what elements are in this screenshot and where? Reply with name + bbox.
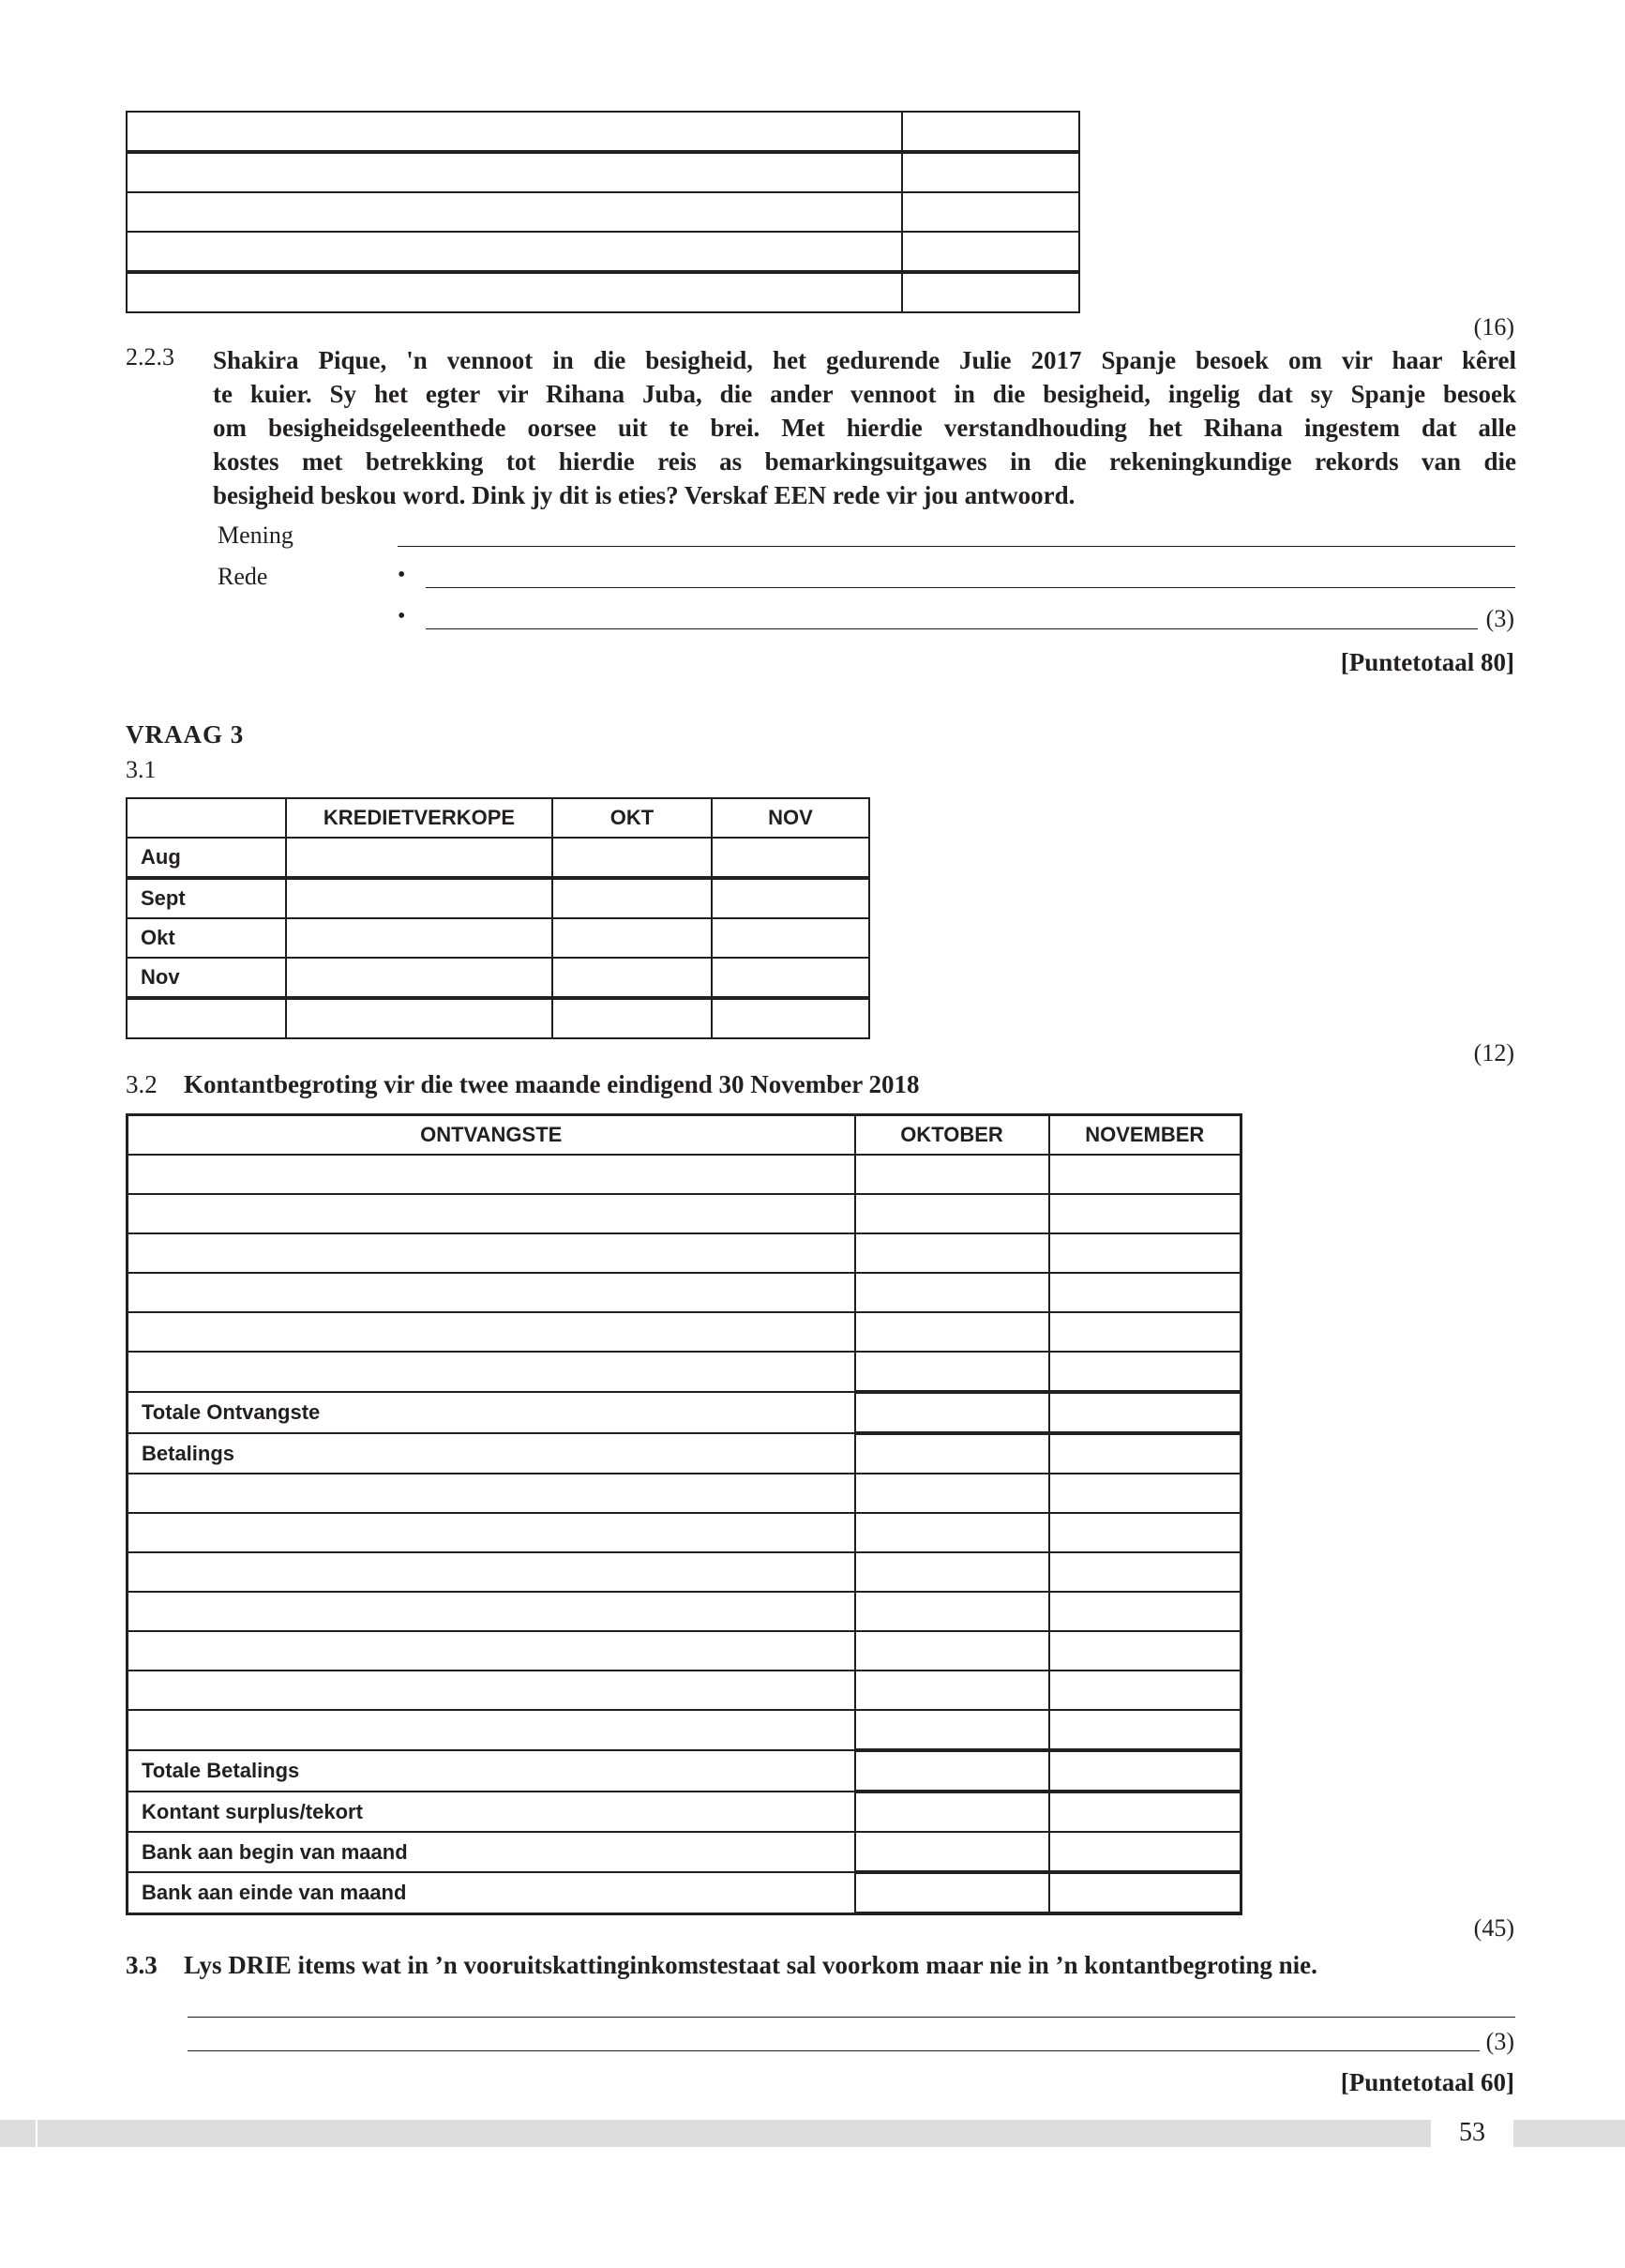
table-row: [128, 1312, 1241, 1352]
answer-cell[interactable]: [552, 918, 712, 958]
footer-bar-right: [1513, 2120, 1625, 2147]
reason-label: Rede: [218, 563, 267, 591]
answer-cell[interactable]: [128, 1474, 855, 1513]
reason-answer-line-1[interactable]: [426, 587, 1515, 588]
amount-cell[interactable]: [1049, 1513, 1241, 1552]
answer-cell[interactable]: [127, 272, 902, 312]
amount-cell[interactable]: [855, 1872, 1049, 1913]
column-header: NOV: [712, 798, 869, 838]
marks-3-1: (12): [1474, 1039, 1514, 1067]
amount-cell[interactable]: [1049, 1155, 1241, 1194]
footer-bar: [38, 2120, 1431, 2147]
table-row: Totale Betalings: [128, 1750, 1241, 1792]
opinion-answer-line[interactable]: [398, 546, 1515, 547]
amount-cell[interactable]: [1049, 1710, 1241, 1750]
question-3-3-text: Lys DRIE items wat in ’n vooruitskatting…: [184, 1951, 1317, 1979]
section-total-60: [Puntetotaal 60]: [1341, 2068, 1514, 2097]
question-3-heading: VRAAG 3: [126, 720, 244, 749]
question-line: te kuier. Sy het egter vir Rihana Juba, …: [213, 377, 1516, 411]
question-line: kostes met betrekking tot hierdie reis a…: [213, 445, 1516, 478]
amount-cell[interactable]: [1049, 1194, 1241, 1233]
answer-cell[interactable]: [128, 1273, 855, 1312]
amount-cell[interactable]: [855, 1592, 1049, 1631]
question-line: om besigheidsgeleenthede oorsee uit te b…: [213, 411, 1516, 445]
answer-cell[interactable]: [127, 232, 902, 272]
amount-cell[interactable]: [855, 1155, 1049, 1194]
amount-cell[interactable]: [1049, 1592, 1241, 1631]
amount-cell[interactable]: [1049, 1750, 1241, 1792]
column-header: OKTOBER: [855, 1115, 1049, 1156]
answer-table-continued: [126, 111, 1080, 313]
amount-cell[interactable]: [855, 1392, 1049, 1433]
column-header: KREDIETVERKOPE: [286, 798, 552, 838]
table-row: [128, 1352, 1241, 1392]
table-row: [128, 1552, 1241, 1592]
answer-cell[interactable]: [128, 1352, 855, 1392]
question-line: Shakira Pique, 'n vennoot in die besighe…: [213, 343, 1516, 377]
column-header: OKT: [552, 798, 712, 838]
table-row: [128, 1513, 1241, 1552]
table-row: [127, 192, 1079, 232]
answer-cell[interactable]: [712, 838, 869, 878]
answer-cell[interactable]: [127, 192, 902, 232]
table-row: [128, 1233, 1241, 1273]
row-label: Okt: [127, 918, 286, 958]
answer-cell[interactable]: [127, 112, 902, 152]
table-row: Okt: [127, 918, 869, 958]
marks-2-2-2: (16): [1474, 313, 1514, 341]
table-row: Nov: [127, 958, 869, 998]
answer-cell[interactable]: [286, 998, 552, 1038]
answer-cell[interactable]: [286, 878, 552, 918]
cash-budget-title: Kontantbegroting vir die twee maande ein…: [184, 1070, 920, 1098]
amount-cell[interactable]: [855, 1710, 1049, 1750]
amount-cell[interactable]: [1049, 1552, 1241, 1592]
answer-cell[interactable]: [902, 192, 1079, 232]
question-number-3-1: 3.1: [126, 756, 157, 784]
amount-cell[interactable]: [855, 1194, 1049, 1233]
page-number: 53: [1431, 2118, 1513, 2148]
table-row: Kontant surplus/tekort: [128, 1792, 1241, 1832]
answer-cell[interactable]: [286, 958, 552, 998]
answer-cell[interactable]: [552, 838, 712, 878]
answer-cell[interactable]: [128, 1552, 855, 1592]
table-row: [128, 1273, 1241, 1312]
row-label: Aug: [127, 838, 286, 878]
amount-cell[interactable]: [855, 1792, 1049, 1832]
amount-cell[interactable]: [855, 1474, 1049, 1513]
row-label: Nov: [127, 958, 286, 998]
table-row: Totale Ontvangste: [128, 1392, 1241, 1433]
answer-cell[interactable]: [902, 272, 1079, 312]
table-row: [128, 1194, 1241, 1233]
amount-cell[interactable]: [1049, 1352, 1241, 1392]
bullet-icon: •: [398, 604, 405, 629]
marks-3-3: (3): [1486, 2028, 1514, 2056]
row-label: [127, 998, 286, 1038]
cash-budget-table: ONTVANGSTEOKTOBERNOVEMBER Totale Ontvang…: [126, 1113, 1242, 1915]
row-label: Bank aan begin van maand: [128, 1832, 855, 1872]
table-row: [128, 1155, 1241, 1194]
table-row: Bank aan begin van maand: [128, 1832, 1241, 1872]
table-row: [128, 1474, 1241, 1513]
amount-cell[interactable]: [855, 1233, 1049, 1273]
answer-cell[interactable]: [712, 878, 869, 918]
answer-cell[interactable]: [128, 1513, 855, 1552]
column-header: NOVEMBER: [1049, 1115, 1241, 1156]
answer-cell[interactable]: [128, 1592, 855, 1631]
amount-cell[interactable]: [1049, 1392, 1241, 1433]
question-line: besigheid beskou word. Dink jy dit is et…: [213, 478, 1516, 512]
amount-cell[interactable]: [855, 1513, 1049, 1552]
amount-cell[interactable]: [1049, 1233, 1241, 1273]
amount-cell[interactable]: [855, 1352, 1049, 1392]
answer-cell[interactable]: [286, 918, 552, 958]
row-label: Totale Betalings: [128, 1750, 855, 1792]
amount-cell[interactable]: [855, 1631, 1049, 1671]
question-number-2-2-3: 2.2.3: [126, 343, 174, 371]
bullet-icon: •: [398, 563, 405, 588]
amount-cell[interactable]: [855, 1312, 1049, 1352]
credit-sales-table: KREDIETVERKOPEOKTNOV AugSeptOktNov: [126, 797, 870, 1039]
amount-cell[interactable]: [1049, 1474, 1241, 1513]
column-header: ONTVANGSTE: [128, 1115, 855, 1156]
amount-cell[interactable]: [1049, 1671, 1241, 1710]
amount-cell[interactable]: [1049, 1792, 1241, 1832]
answer-cell[interactable]: [712, 958, 869, 998]
row-label: Betalings: [128, 1433, 855, 1474]
question-number-3-2: 3.2: [126, 1070, 184, 1099]
question-2-2-3-text: Shakira Pique, 'n vennoot in die besighe…: [213, 343, 1516, 512]
column-header: [127, 798, 286, 838]
answer-cell[interactable]: [902, 112, 1079, 152]
amount-cell[interactable]: [855, 1552, 1049, 1592]
question-number-3-3: 3.3: [126, 1951, 184, 1980]
marks-3-2: (45): [1474, 1914, 1514, 1943]
row-label: Totale Ontvangste: [128, 1392, 855, 1433]
amount-cell[interactable]: [1049, 1433, 1241, 1474]
amount-cell[interactable]: [1049, 1631, 1241, 1671]
section-total-80: [Puntetotaal 80]: [1341, 648, 1514, 677]
table-row: Sept: [127, 878, 869, 918]
question-3-3: 3.3Lys DRIE items wat in ’n vooruitskatt…: [126, 1951, 1317, 1980]
table-row: Betalings: [128, 1433, 1241, 1474]
answer-cell[interactable]: [712, 998, 869, 1038]
table-row: Bank aan einde van maand: [128, 1872, 1241, 1913]
answer-cell[interactable]: [128, 1671, 855, 1710]
answer-cell[interactable]: [128, 1631, 855, 1671]
reason-answer-line-2[interactable]: [426, 628, 1478, 629]
answer-cell[interactable]: [128, 1155, 855, 1194]
answer-cell[interactable]: [552, 878, 712, 918]
amount-cell[interactable]: [855, 1433, 1049, 1474]
row-label: Sept: [127, 878, 286, 918]
answer-cell[interactable]: [712, 918, 869, 958]
row-label: Kontant surplus/tekort: [128, 1792, 855, 1832]
table-row: [128, 1710, 1241, 1750]
amount-cell[interactable]: [1049, 1872, 1241, 1913]
answer-line-3-3-2[interactable]: [188, 2050, 1480, 2051]
marks-2-2-3: (3): [1486, 605, 1514, 633]
answer-cell[interactable]: [128, 1233, 855, 1273]
amount-cell[interactable]: [1049, 1832, 1241, 1872]
answer-line-3-3-1[interactable]: [188, 2017, 1515, 2018]
table-row: [127, 272, 1079, 312]
table-row: Aug: [127, 838, 869, 878]
amount-cell[interactable]: [1049, 1312, 1241, 1352]
answer-cell[interactable]: [902, 152, 1079, 192]
amount-cell[interactable]: [855, 1273, 1049, 1312]
amount-cell[interactable]: [855, 1671, 1049, 1710]
answer-cell[interactable]: [127, 152, 902, 192]
footer-bar-left: [0, 2120, 36, 2147]
answer-cell[interactable]: [902, 232, 1079, 272]
table-row: [128, 1671, 1241, 1710]
opinion-label: Mening: [218, 522, 293, 550]
amount-cell[interactable]: [855, 1832, 1049, 1872]
table-row: [127, 112, 1079, 152]
table-row: [127, 152, 1079, 192]
answer-cell[interactable]: [552, 998, 712, 1038]
row-label: Bank aan einde van maand: [128, 1872, 855, 1913]
table-row: [127, 232, 1079, 272]
table-row: [127, 998, 869, 1038]
answer-cell[interactable]: [552, 958, 712, 998]
question-3-2-heading: 3.2Kontantbegroting vir die twee maande …: [126, 1070, 920, 1099]
answer-cell[interactable]: [286, 838, 552, 878]
answer-cell[interactable]: [128, 1710, 855, 1750]
amount-cell[interactable]: [1049, 1273, 1241, 1312]
answer-cell[interactable]: [128, 1194, 855, 1233]
amount-cell[interactable]: [855, 1750, 1049, 1792]
table-row: [128, 1631, 1241, 1671]
table-row: [128, 1592, 1241, 1631]
answer-cell[interactable]: [128, 1312, 855, 1352]
